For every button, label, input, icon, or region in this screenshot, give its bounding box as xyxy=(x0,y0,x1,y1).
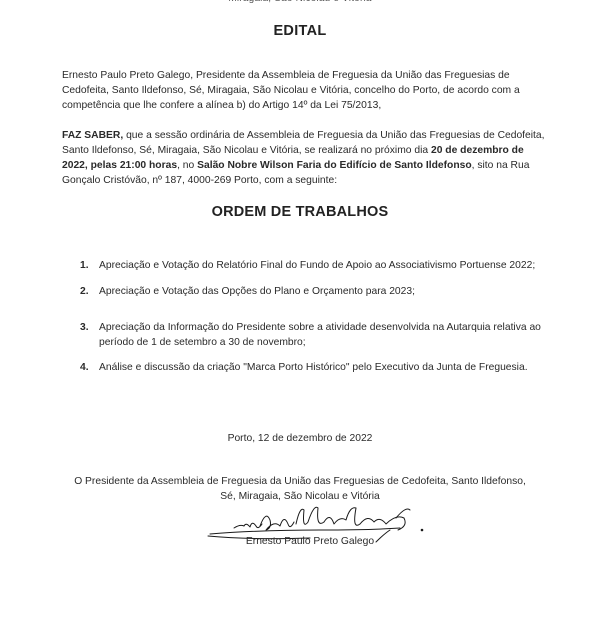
header-cut-line: Miragaia, São Nicolau e Vitória xyxy=(0,0,600,6)
agenda-item-text: Apreciação e Votação do Relatório Final … xyxy=(99,258,550,273)
agenda-item-number: 1. xyxy=(80,258,99,273)
agenda-item-text: Apreciação e Votação das Opções do Plano… xyxy=(99,284,550,299)
agenda-item: 3. Apreciação da Informação do President… xyxy=(80,320,550,350)
agenda-item-text: Apreciação da Informação do Presidente s… xyxy=(99,320,550,350)
agenda-item: 4. Análise e discussão da criação "Marca… xyxy=(80,360,550,375)
place-date: Porto, 12 de dezembro de 2022 xyxy=(0,431,600,446)
notice-text-2: , no xyxy=(177,160,197,171)
page-title: EDITAL xyxy=(0,24,600,39)
agenda-item: 2. Apreciação e Votação das Opções do Pl… xyxy=(80,284,550,299)
intro-paragraph: Ernesto Paulo Preto Galego, Presidente d… xyxy=(62,68,552,113)
section-title: ORDEM DE TRABALHOS xyxy=(0,205,600,220)
agenda-item-number: 2. xyxy=(80,284,99,299)
session-venue: Salão Nobre Wilson Faria do Edifício de … xyxy=(197,160,472,171)
notice-paragraph: FAZ SABER, que a sessão ordinária de Ass… xyxy=(62,128,552,188)
agenda-item: 1. Apreciação e Votação do Relatório Fin… xyxy=(80,258,550,273)
signer-name: Ernesto Paulo Preto Galego xyxy=(0,534,600,549)
agenda-item-number: 3. xyxy=(80,320,99,350)
agenda-item-number: 4. xyxy=(80,360,99,375)
notice-lead: FAZ SABER, xyxy=(62,130,123,141)
agenda-item-text: Análise e discussão da criação "Marca Po… xyxy=(99,360,550,375)
